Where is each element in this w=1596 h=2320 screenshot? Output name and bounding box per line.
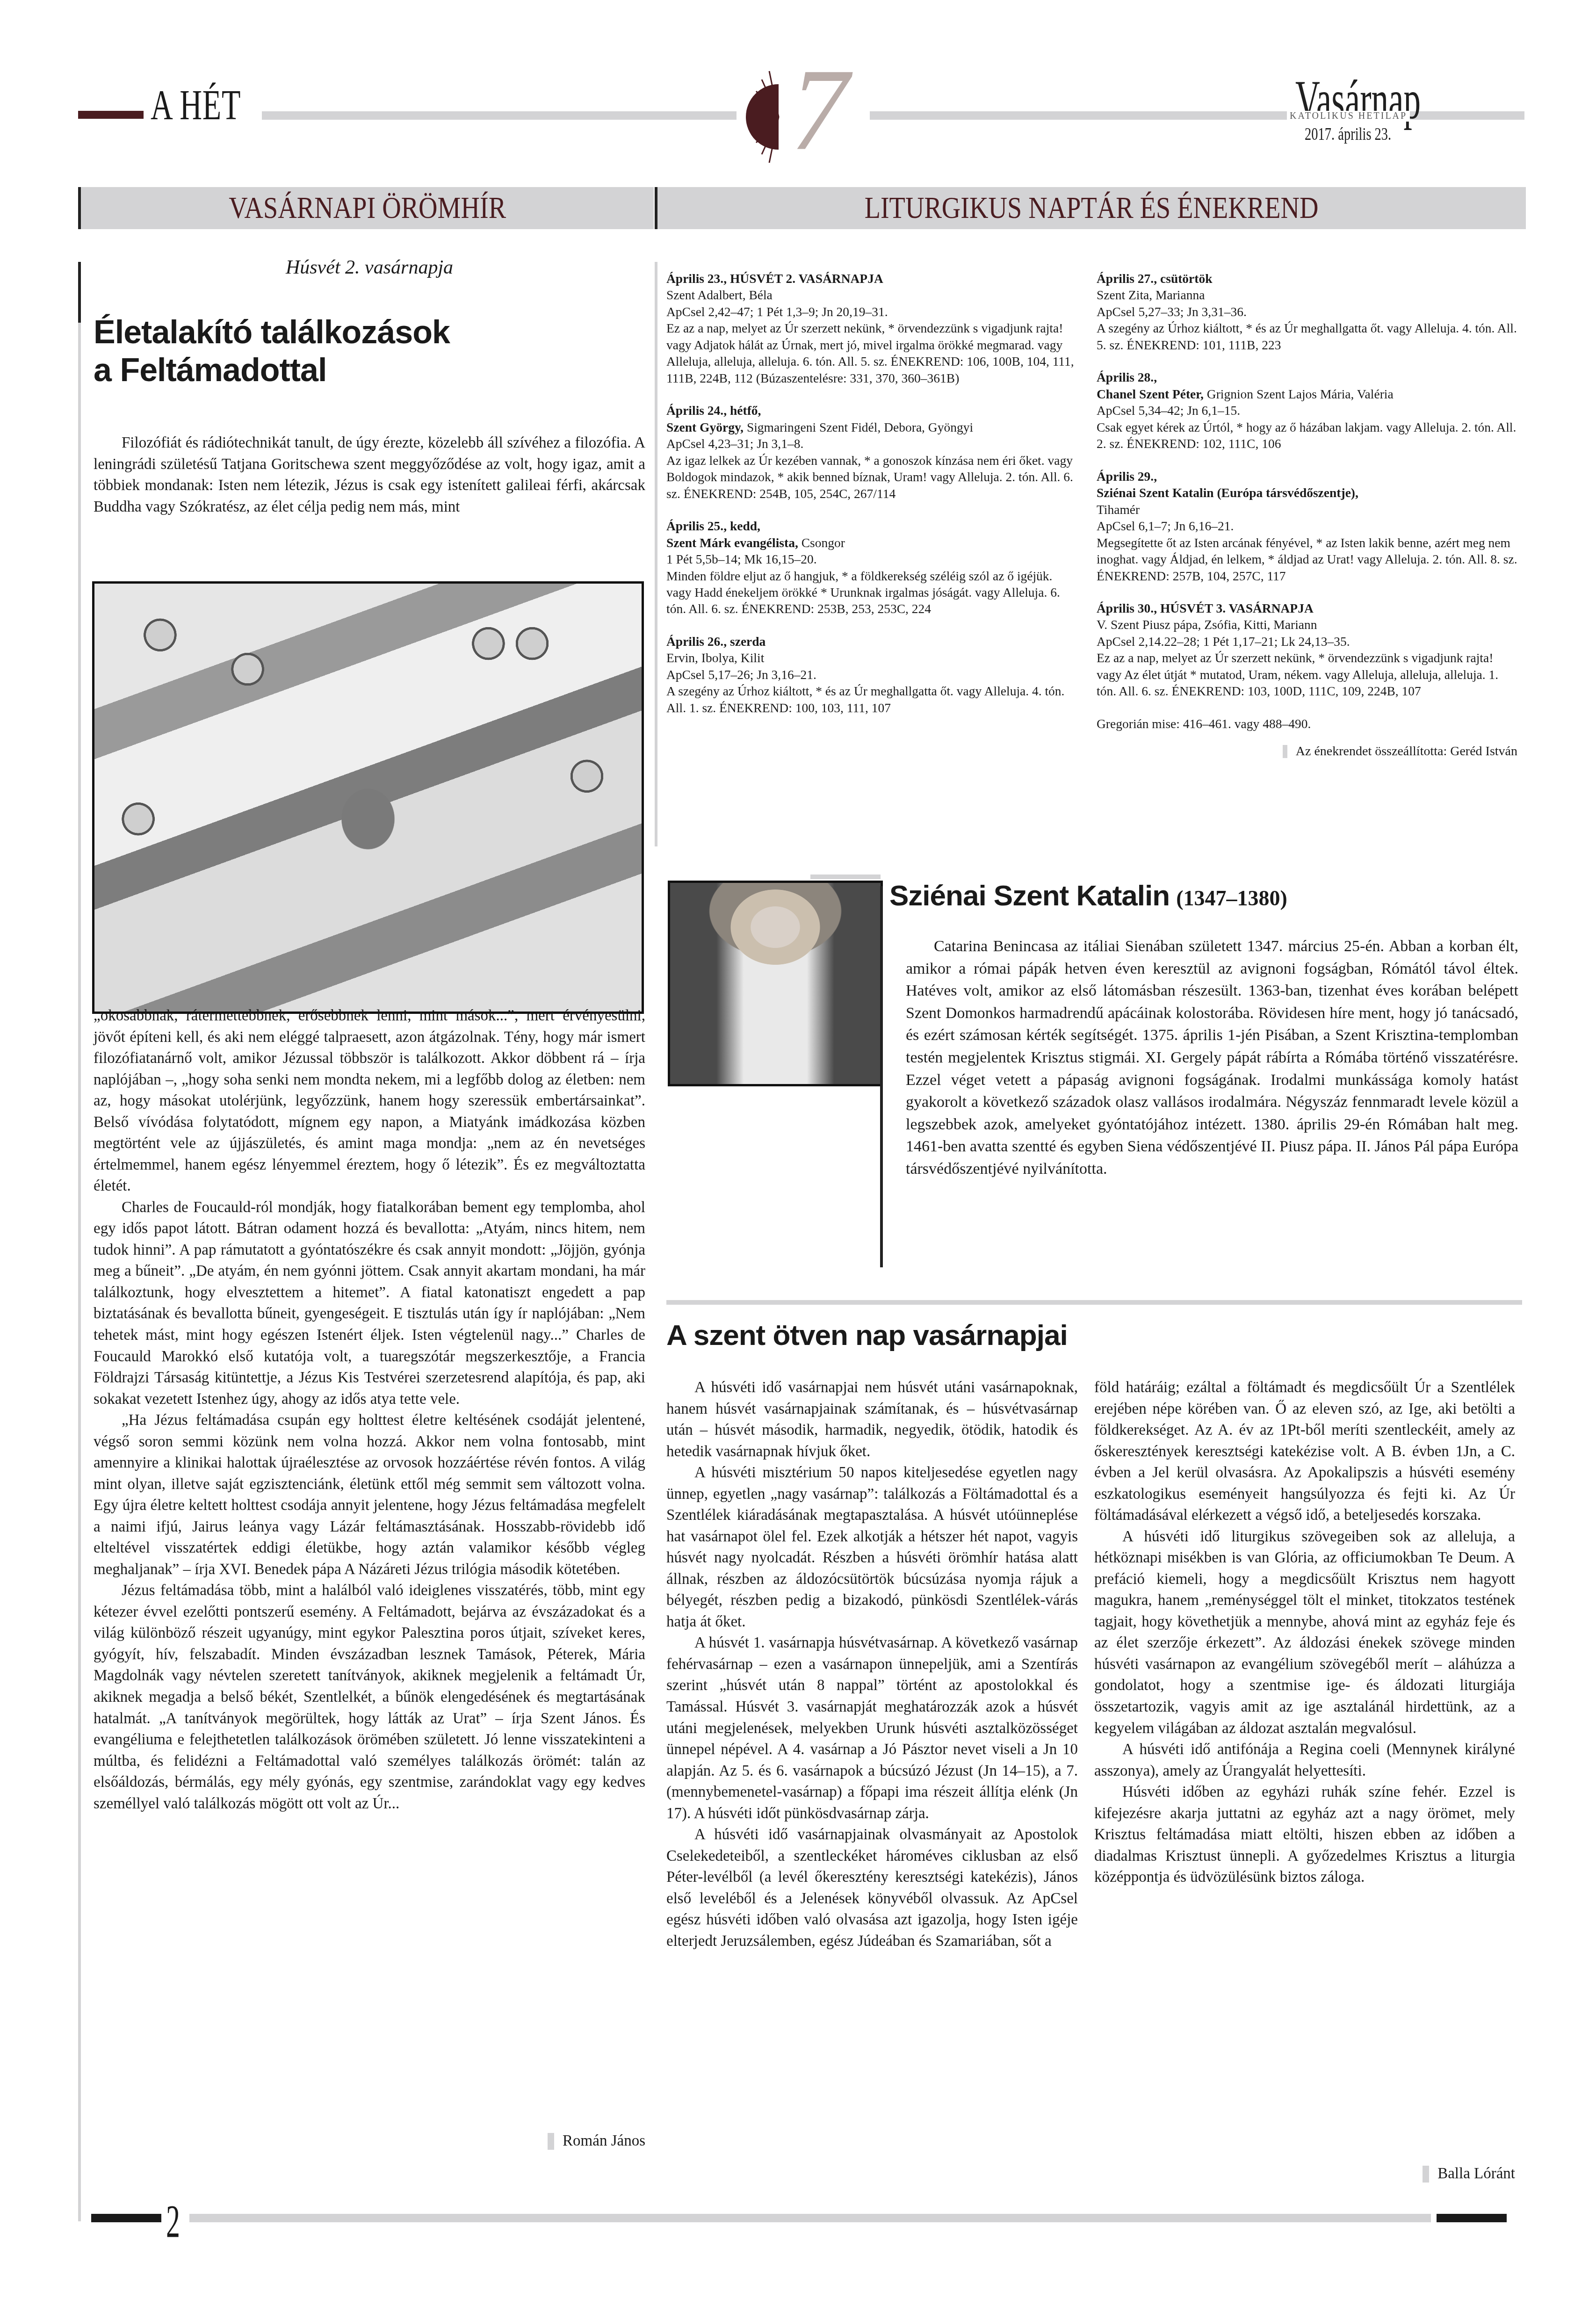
calendar-date: Április 27., csütörtök (1097, 270, 1517, 287)
saint-article-title: Sziénai Szent Katalin (889, 880, 1170, 912)
byline-marker (548, 2133, 554, 2150)
fifty-days-paragraph: A húsvéti idő antifónája a Regina coeli … (1094, 1739, 1515, 1782)
column-rule-middle (655, 262, 657, 846)
calendar-feast: Sziénai Szent Katalin (Európa társvédősz… (1097, 485, 1358, 500)
fifty-days-column-1: A húsvéti idő vasárnapjai nem húsvét utá… (666, 1377, 1078, 1952)
article-paragraph: „okosabbnak, rátermettebbnek, erősebbnek… (94, 1005, 645, 1197)
section-header-calendar-label: LITURGIKUS NAPTÁR ÉS ÉNEKREND (865, 190, 1319, 226)
issue-date: 2017. április 23. (1305, 124, 1391, 145)
fifty-days-byline: Balla Lóránt (1094, 2165, 1515, 2183)
fifty-days-paragraph: Húsvéti időben az egyházi ruhák színe fe… (1094, 1782, 1515, 1888)
saint-article-years: (1347–1380) (1176, 886, 1287, 910)
page-number: 2 (166, 2198, 180, 2245)
saint-article-heading: Sziénai Szent Katalin (1347–1380) (889, 879, 1525, 912)
footer-rule (189, 2214, 1431, 2222)
calendar-feast: Chanel Szent Péter, (1097, 387, 1204, 401)
calendar-feast: Szent György, (666, 420, 744, 434)
fifty-days-paragraph: A húsvéti idő vasárnapjai nem húsvét utá… (666, 1377, 1078, 1462)
calendar-date: Április 23., HÚSVÉT 2. VASÁRNAPJA (666, 270, 1078, 287)
masthead-rule-right (870, 111, 1524, 120)
fifty-days-title: A szent ötven nap vasárnapjai (666, 1319, 1068, 1352)
saint-article-rule (810, 875, 881, 879)
fifty-days-column-2: föld határáig; ezáltal a föltámadt és me… (1094, 1377, 1515, 1888)
calendar-date: Április 30., HÚSVÉT 3. VASÁRNAPJA (1097, 600, 1517, 616)
section-header-gospel-label: VASÁRNAPI ÖRÖMHÍR (229, 190, 506, 226)
calendar-text: Az igaz lelkek az Úr kezében vannak, * a… (666, 452, 1078, 502)
calendar-date: Április 29., (1097, 468, 1517, 484)
fifty-days-paragraph: föld határáig; ezáltal a föltámadt és me… (1094, 1377, 1515, 1526)
saint-catherine-portrait-image (668, 881, 883, 1086)
saint-article-rule-vertical (880, 886, 883, 1267)
calendar-readings: ApCsel 2,42–47; 1 Pét 1,3–9; Jn 20,19–31… (666, 304, 1078, 320)
calendar-column-1: Április 23., HÚSVÉT 2. VASÁRNAPJA Szent … (666, 270, 1078, 732)
section-header-calendar: LITURGIKUS NAPTÁR ÉS ÉNEKREND (655, 187, 1526, 229)
saint-article-paragraph: Catarina Benincasa az itáliai Sienában s… (906, 935, 1518, 1180)
calendar-text: Ez az a nap, melyet az Úr szerzett nekün… (666, 320, 1078, 386)
fifty-days-paragraph: A húsvéti idő liturgikus szövegeiben sok… (1094, 1526, 1515, 1739)
masthead-rule-left (262, 111, 737, 120)
article-paragraph: Jézus feltámadása több, mint a halálból … (94, 1580, 645, 1814)
calendar-date: Április 24., hétfő, (666, 402, 1078, 419)
calendar-readings: ApCsel 5,27–33; Jn 3,31–36. (1097, 304, 1517, 320)
calendar-saints: Ervin, Ibolya, Kilit (666, 650, 1078, 666)
article-headline-line1: Életalakító találkozások (94, 313, 645, 351)
article-intro: Filozófiát és rádiótechnikát tanult, de … (94, 433, 645, 518)
calendar-credit-text: Az énekrendet összeállította: Geréd Istv… (1296, 743, 1517, 760)
calendar-readings: ApCsel 4,23–31; Jn 3,1–8. (666, 435, 1078, 452)
calendar-gregorian: Gregorián mise: 416–461. vagy 488–490. (1097, 716, 1517, 732)
calendar-readings: ApCsel 5,34–42; Jn 6,1–15. (1097, 402, 1517, 419)
calendar-saints: V. Szent Piusz pápa, Zsófia, Kitti, Mari… (1097, 616, 1517, 633)
calendar-credit: Az énekrendet összeállította: Geréd Istv… (1097, 743, 1517, 760)
fifty-days-paragraph: A húsvéti misztérium 50 napos kiteljesed… (666, 1462, 1078, 1633)
calendar-date: Április 26., szerda (666, 633, 1078, 650)
fifty-days-paragraph: A húsvéti idő vasárnapjainak olvasmányai… (666, 1824, 1078, 1952)
logo-numeral: 7 (790, 51, 849, 168)
article-byline: Román János (94, 2132, 645, 2150)
masthead-accent-block (78, 111, 144, 119)
calendar-entry: Április 25., kedd, Szent Márk evangélist… (666, 518, 1078, 617)
byline-marker (1423, 2166, 1429, 2183)
calendar-saints: Csongor (802, 535, 845, 550)
article-paragraph: „Ha Jézus feltámadása csupán egy holttes… (94, 1410, 645, 1580)
calendar-entry: Április 28., Chanel Szent Péter, Grignio… (1097, 369, 1517, 452)
calendar-readings: ApCsel 2,14.22–28; 1 Pét 1,17–21; Lk 24,… (1097, 633, 1517, 650)
calendar-saints: Sigmaringeni Szent Fidél, Debora, Gyöngy… (747, 420, 973, 434)
calendar-feast: Szent Márk evangélista, (666, 535, 798, 550)
calendar-entry: Április 24., hétfő, Szent György, Sigmar… (666, 402, 1078, 502)
section-title: A HÉT (151, 83, 241, 126)
saint-article-body: Catarina Benincasa az itáliai Sienában s… (906, 935, 1518, 1180)
article-headline: Életalakító találkozások a Feltámadottal (94, 313, 645, 389)
fifty-days-rule (666, 1300, 1522, 1305)
calendar-text: Megsegítette őt az Isten arcának fényéve… (1097, 535, 1517, 584)
calendar-saints: Szent Adalbert, Béla (666, 287, 1078, 303)
calendar-readings: ApCsel 6,1–7; Jn 6,16–21. (1097, 518, 1517, 534)
calendar-column-2: Április 27., csütörtök Szent Zita, Maria… (1097, 270, 1517, 760)
resurrection-mosaic-image (92, 581, 644, 1014)
calendar-text: Ez az a nap, melyet az Úr szerzett nekün… (1097, 650, 1517, 699)
calendar-entry: Április 30., HÚSVÉT 3. VASÁRNAPJA V. Sze… (1097, 600, 1517, 700)
article-intro-paragraph: Filozófiát és rádiótechnikát tanult, de … (94, 433, 645, 518)
article-headline-line2: a Feltámadottal (94, 351, 645, 389)
article-paragraph: Charles de Foucauld-ról mondják, hogy fi… (94, 1197, 645, 1410)
calendar-readings: ApCsel 5,17–26; Jn 3,16–21. (666, 666, 1078, 683)
calendar-entry: Április 29., Sziénai Szent Katalin (Euró… (1097, 468, 1517, 584)
byline-author: Román János (563, 2132, 645, 2150)
calendar-text: Minden földre eljut az ő hangjuk, * a fö… (666, 568, 1078, 617)
column-rule-left-grey (78, 323, 81, 2221)
section-header-gospel: VASÁRNAPI ÖRÖMHÍR (78, 187, 654, 229)
fifty-days-paragraph: A húsvét 1. vasárnapja húsvétvasárnap. A… (666, 1633, 1078, 1824)
calendar-saints: Szent Zita, Marianna (1097, 287, 1517, 303)
article-kicker: Húsvét 2. vasárnapja (89, 256, 650, 279)
calendar-saints: Tihamér (1097, 501, 1517, 518)
article-body: „okosabbnak, rátermettebbnek, erősebbnek… (94, 1005, 645, 1814)
calendar-entry: Április 23., HÚSVÉT 2. VASÁRNAPJA Szent … (666, 270, 1078, 386)
calendar-entry: Április 27., csütörtök Szent Zita, Maria… (1097, 270, 1517, 353)
byline-marker (1283, 745, 1287, 758)
footer-accent-right (1437, 2214, 1507, 2222)
column-rule-left (78, 262, 81, 323)
calendar-readings: 1 Pét 5,5b–14; Mk 16,15–20. (666, 551, 1078, 567)
calendar-date: Április 28., (1097, 369, 1517, 385)
calendar-saints: Grignion Szent Lajos Mária, Valéria (1207, 387, 1394, 401)
byline-author: Balla Lóránt (1437, 2165, 1515, 2183)
calendar-date: Április 25., kedd, (666, 518, 1078, 534)
calendar-text: A szegény az Úrhoz kiáltott, * és az Úr … (666, 683, 1078, 716)
calendar-text: A szegény az Úrhoz kiáltott, * és az Úr … (1097, 320, 1517, 353)
footer-accent-left (91, 2214, 161, 2222)
calendar-text: Csak egyet kérek az Úrtól, * hogy az ő h… (1097, 419, 1517, 452)
publication-tagline: KATOLIKUS HETILAP (1287, 111, 1410, 122)
calendar-entry: Április 26., szerda Ervin, Ibolya, Kilit… (666, 633, 1078, 716)
